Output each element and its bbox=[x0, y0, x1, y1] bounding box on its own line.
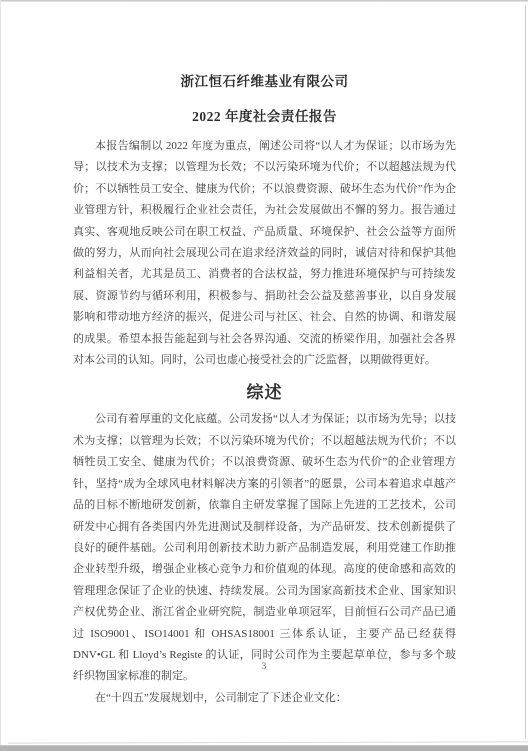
overview-paragraph: 公司有着厚重的文化底蕴。公司发扬“以人才为保证；以市场为先导；以技术为支撑；以管… bbox=[73, 409, 456, 687]
scan-edge-top bbox=[0, 0, 528, 2]
closing-paragraph: 在“十四五”发展规划中，公司制定了下述企业文化： bbox=[73, 688, 456, 709]
scan-edge-right bbox=[525, 5, 526, 739]
scan-edge-left bbox=[0, 0, 1, 751]
intro-paragraph: 本报告编制以 2022 年度为重点，阐述公司将“以人才为保证；以市场为先导；以技… bbox=[73, 136, 456, 371]
section-heading-overview: 综述 bbox=[73, 378, 456, 403]
company-title: 浙江恒石纤维基业有限公司 bbox=[73, 70, 456, 90]
document-content: 浙江恒石纤维基业有限公司 2022 年度社会责任报告 本报告编制以 2022 年… bbox=[73, 70, 456, 709]
scanned-document-page: 浙江恒石纤维基业有限公司 2022 年度社会责任报告 本报告编制以 2022 年… bbox=[0, 0, 528, 751]
scan-edge-bottom-band bbox=[0, 745, 528, 751]
scan-edge-bottom-line bbox=[8, 741, 528, 743]
report-title: 2022 年度社会责任报告 bbox=[73, 105, 456, 125]
page-number: 3 bbox=[0, 661, 528, 671]
